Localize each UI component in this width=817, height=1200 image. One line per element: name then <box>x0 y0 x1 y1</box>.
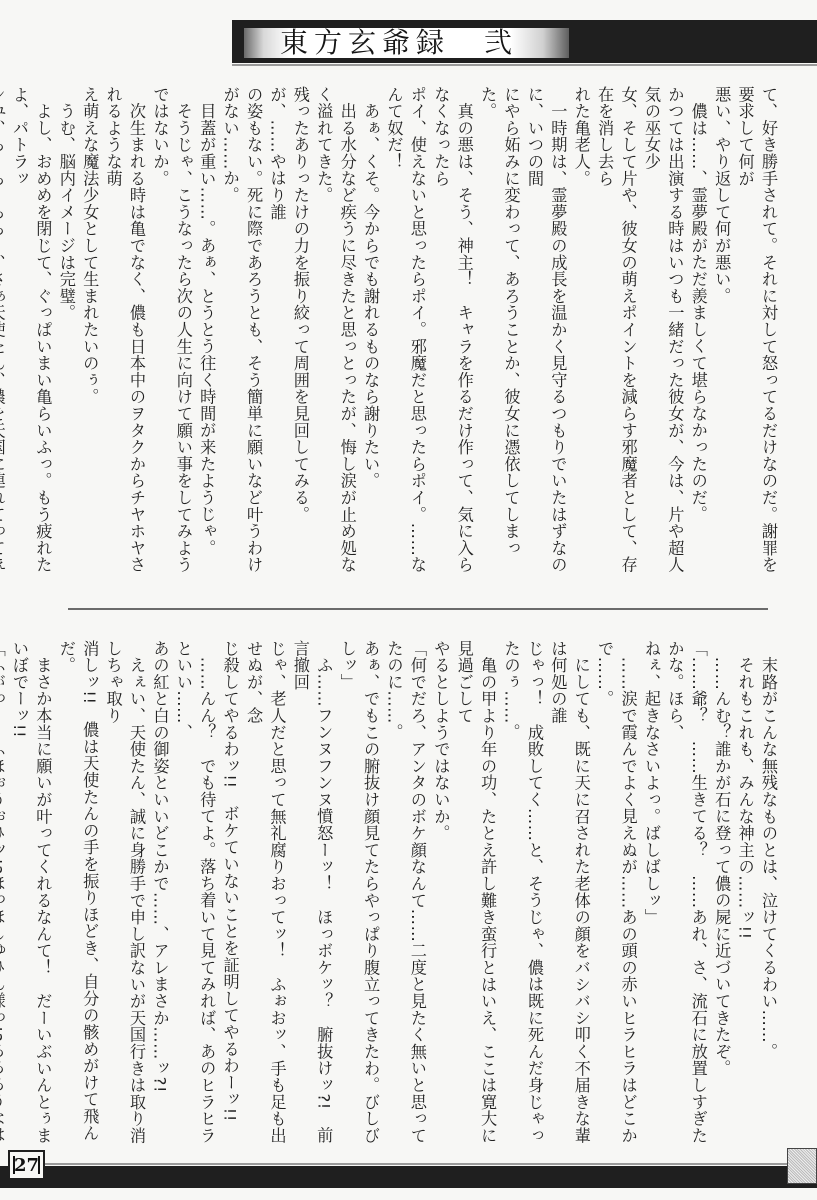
text-line: それもこれも、みんな神主の……ッ!! <box>733 640 756 1150</box>
text-line: ねぇ、起きなさいよっ。ばしばしッ」 <box>640 640 663 1150</box>
text-line: て、好き勝手されて。それに対して怒ってるだけなのだ。謝罪を要求して何が <box>733 86 780 586</box>
text-line: れた亀老人。 <box>569 86 592 586</box>
text-line: 消しッ!! 儂は天使たんの手を振りほどき、自分の骸めがけて飛んだ。 <box>54 640 101 1150</box>
text-line: かつては出演する時はいつも一緒だった彼女が、今は、片や超人気の巫女少 <box>640 86 687 586</box>
text-line: の姿もない。死に際であろうとも、そう簡単に願いなど叶うわけがない……か。 <box>218 86 265 586</box>
text-line: 悪い、やり返して何が悪い。 <box>710 86 733 586</box>
corner-pattern-decoration <box>787 1148 817 1184</box>
text-line: ……涙で霞んでよく見えぬが……あの頭の赤いヒラヒラはどこかで……。 <box>593 640 640 1150</box>
text-line: 一時期は、霊夢殿の成長を温かく見守るつもりでいたはずなのに、いつの間 <box>523 86 570 586</box>
footer-bar <box>0 1166 817 1188</box>
text-line: まさか本当に願いが叶ってくれるなんて！ だーいぶいんとぅまいぼでーッ!! <box>8 640 55 1150</box>
text-line: うむ、脳内イメージは完璧。 <box>54 86 77 586</box>
text-line: よし、おめめを閉じて、ぐっぱいまい亀らいふっ。もう疲れたよ、パトラッ <box>8 86 55 586</box>
text-line: ポイ、使えないと思ったらポイ。邪魔だと思ったらポイ。……なんて奴だ！ <box>382 86 429 586</box>
text-line: 末路がこんな無残なものとは、泣けてくるわい……。 <box>757 640 780 1150</box>
text-line: 「ふがっ……ふほぉうぉひッ!?ほっほしゅひん様っ!?ろろろうなはれたろれ <box>0 640 8 1150</box>
text-line: にしても、既に天に召された老体の顔をバシバシ叩く不届きな輩は何処の誰 <box>546 640 593 1150</box>
text-line: 女、そして片や、彼女の萌えポイントを減らす邪魔者として、存在を消し去ら <box>593 86 640 586</box>
text-line: 儂は……、霊夢殿がただ羨ましくて堪らなかったのだ。 <box>686 86 709 586</box>
text-line: やるとしようではないか。 <box>429 640 452 1150</box>
text-line: ……んむ？誰かが石に登って儂の屍に近づいてきたぞ。 <box>710 640 733 1150</box>
footer-rule <box>45 1163 817 1165</box>
text-line: そうじゃ、こうなったら次の人生に向けて願い事をしてみようではないか。 <box>148 86 195 586</box>
text-line: えぇい、天使たん、誠に身勝手で申し訳ないが天国行きは取り消しちゃ取り <box>101 640 148 1150</box>
header-rule <box>232 64 817 66</box>
text-line: シュ、らーらーららー、さぁ天使たん、儂を天国に連れてってぇ♪ そして <box>0 86 8 586</box>
text-line: あぁ、くそ。今からでも謝れるものなら謝りたい。 <box>359 86 382 586</box>
upper-text-block: て、好き勝手されて。それに対して怒ってるだけなのだ。謝罪を要求して何が悪い、やり… <box>60 86 780 586</box>
text-line: 「……爺？ ……生きてる？ ……あれ、さ、流石に放置しすぎたかな。ほら、 <box>663 640 710 1150</box>
section-divider <box>68 608 768 610</box>
text-line: あぁ、でもこの腑抜け顔見てたらやっぱり腹立ってきたわ。びしびしッ」 <box>335 640 382 1150</box>
text-line: え萌えな魔法少女として生まれたいのぅ。 <box>78 86 101 586</box>
text-line: ……んん？ でも待てよ。落ち着いて見てみれば、あのヒラヒラといい……、 <box>171 640 218 1150</box>
text-line: 真の悪は、そう、神主！ キャラを作るだけ作って、気に入らなくなったら <box>429 86 476 586</box>
text-line: 目蓋が重い……。あぁ、とうとう往く時間が来たようじゃ。 <box>195 86 218 586</box>
text-line: じ殺してやるわッ!! ボケていないことを証明してやるわーッ!! <box>218 640 241 1150</box>
text-line: 出る水分など疾うに尽きたと思っとったが、悔し涙が止め処なく溢れてきた。 <box>312 86 359 586</box>
text-line: 亀の甲より年の功、たとえ許し難き蛮行とはいえ、ここは寛大に見過ごして <box>452 640 499 1150</box>
text-line: 「何でだろ、アンタのボケ顔なんて……二度と見たく無いと思ってたのに……。 <box>382 640 429 1150</box>
text-line: 残ったありったけの力を振り絞って周囲を見回してみる。が、……やはり誰 <box>265 86 312 586</box>
text-line: じゃ、老人だと思って無礼腐りおってッ！ ふぉおッ、手も足も出せぬが、念 <box>242 640 289 1150</box>
text-line: あの紅と白の御姿といいどこかで……、アレまさか……ッ?! <box>148 640 171 1150</box>
page-title: 東方玄爺録 弐 <box>280 26 518 60</box>
text-line: にやら妬みに変わって、あろうことか、彼女に憑依してしまった。 <box>476 86 523 586</box>
page-number: 27 <box>8 1150 45 1180</box>
text-line: ふ……フンヌフンヌ憤怒ーッ！ ほっボケッ？ 腑抜けッ?! 前言撤回 <box>288 640 335 1150</box>
lower-text-block: 末路がこんな無残なものとは、泣けてくるわい……。 それもこれも、みんな神主の……… <box>60 640 780 1150</box>
text-line: じゃっ！ 成敗してく……と、そうじゃ、儂は既に死んだ身じゃったのぅ……。 <box>499 640 546 1150</box>
text-line: 次生まれる時は亀でなく、儂も日本中のヲタクからチヤホヤされるような萌 <box>101 86 148 586</box>
